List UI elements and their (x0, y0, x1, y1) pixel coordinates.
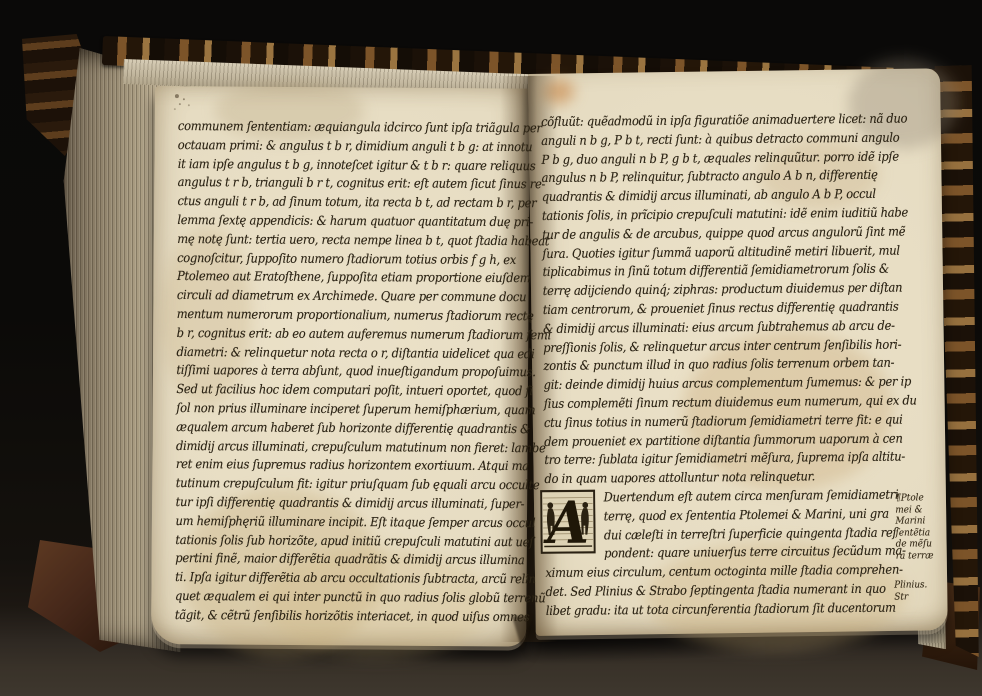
text-line: mę notę ſunt: tertia uero, recta nempe l… (177, 230, 494, 251)
text-line: mei & (895, 503, 978, 515)
text-line: angulus t r b, trianguli b r t, cognitus… (178, 173, 495, 194)
text-line: tutinum crepuſculum fit: igitur priuſqua… (176, 474, 493, 495)
text-line: lemma ſextę appendicis: & harum quatuor … (177, 211, 494, 232)
text-line: tiſſimi uapores à terra abſunt, quod inu… (176, 361, 493, 382)
text-line: b r, cognitus erit: ab eo autem auferemu… (177, 324, 494, 345)
text-line: ti. Ipſa igitur differẽtia ab arcu occul… (175, 568, 492, 589)
text-line: tur ipſi differentię quadrantis & dimidi… (176, 493, 493, 514)
text-line: Sed ut facilius hoc idem computari poſit… (176, 380, 493, 401)
text-line: communem ſententiam: æquiangula idcirco … (178, 117, 495, 138)
text-line: Ptolemeo aut Eratoſthene, ſuppoſita etia… (177, 267, 494, 288)
text-line: mentum numerorum proportionalium, numeru… (177, 305, 494, 326)
text-line: terrę, quod ex ſententia Ptolemei & Mari… (604, 504, 904, 526)
drop-cap-letter: A (542, 489, 589, 554)
text-line: Plinius. (894, 579, 977, 591)
text-line: it iam ipſe angulus t b g, innoteſcet ig… (178, 155, 495, 176)
text-line: ¶Ptole (895, 492, 978, 504)
text-line: æqualem arcum haberet ſub horizonte diff… (176, 418, 493, 439)
woodcut-initial-A: A (540, 489, 596, 554)
text-line: quet æqualem ei qui inter punctũ in quo … (175, 587, 492, 608)
right-page-text: cõfluũt: quẽadmodũ in ipſa figuratiõe an… (541, 110, 905, 621)
text-line: ra terræ (896, 550, 979, 562)
text-line: ſol non prius illuminare inciperet ſuper… (176, 399, 493, 420)
text-line: de mẽſu (896, 538, 979, 550)
text-line: octauam primi: & angulus t b r, dimidium… (178, 136, 495, 157)
text-line: pertini finẽ, maior differẽtia quadrãtis… (175, 549, 492, 570)
margin-note-ptolemy-marinus: ¶Ptolemei &Mariniſentẽtiade mẽſura terræ (895, 492, 978, 562)
book-photo-scene: communem ſententiam: æquiangula idcirco … (0, 0, 982, 696)
text-line: um hemiſphęriũ illuminare incipit. Eſt i… (175, 512, 492, 533)
text-line: tationis ſolis ſub horizõte, apud initiũ… (175, 531, 492, 552)
text-line: cognoſcitur, ſuppoſito numero ſtadiorum … (177, 249, 494, 270)
text-line: diametri: & relinquetur nota recta o r, … (177, 343, 494, 364)
text-line: circuli ad diametrum ex Archimede. Quare… (177, 286, 494, 307)
text-line: Duertendum eſt autem circa menſuram ſemi… (603, 485, 903, 507)
left-page-text: communem ſententiam: æquiangula idcirco … (175, 117, 495, 626)
ink-spots (175, 94, 179, 98)
text-line: ret enim eius ſupremus radius horizontem… (176, 455, 493, 476)
text-line: ſentẽtia (896, 527, 979, 539)
paragraph-2-full-lines: ximum eius circulum, centum octoginta mi… (545, 561, 904, 621)
margin-note-plinius-strabo: Plinius.Str (894, 579, 977, 603)
text-line: tãgit, & cẽtrũ ſenſibilis horizõtis inte… (175, 606, 492, 627)
text-line: libet gradu: ita ut tota circunferentia … (546, 598, 905, 620)
text-line: ctus anguli t r b, ad ſinum totum, ita r… (177, 192, 494, 213)
paragraph-2-indented-lines: Duertendum eſt autem circa menſuram ſemi… (545, 485, 905, 564)
text-line: dimidij arcus illuminati, crepuſculum ma… (176, 437, 493, 458)
right-paragraph-1: cõfluũt: quẽadmodũ in ipſa figuratiõe an… (541, 110, 903, 489)
right-paragraph-2: A Duertendum eſt autem circa menſuram ſe… (545, 485, 905, 620)
text-line: Str (894, 590, 977, 602)
text-line: Marini (895, 515, 978, 527)
text-line: tro terre: ſublata igitur ſemidiametri m… (544, 448, 903, 470)
